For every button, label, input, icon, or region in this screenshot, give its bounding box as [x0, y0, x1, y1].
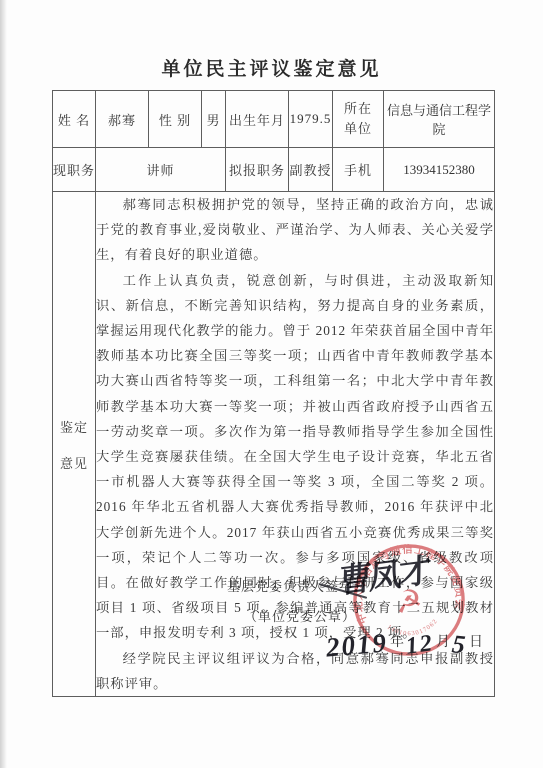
opinion-label-cell: 鉴定 意见: [53, 192, 96, 697]
table-row: 现职务 讲师 拟报职务 副教授 手机 13934152380: [53, 148, 495, 192]
unit-value: 信息与通信工程学院: [384, 91, 495, 148]
date-year-unit: 年: [390, 635, 404, 650]
unit-label-line1: 所在: [333, 99, 383, 119]
opinion-content-cell: 郝骞同志积极拥护党的领导，坚持正确的政治方向，忠诚于党的教育事业,爱岗敬业、严谨…: [96, 192, 495, 697]
date-year: 2019: [325, 627, 389, 663]
appraisal-form-table: 姓 名 郝骞 性 别 男 出生年月 1979.5 所在 单位 信息与通信工程学院…: [52, 90, 495, 697]
page-title: 单位民主评议鉴定意见: [0, 54, 543, 81]
table-row: 姓 名 郝骞 性 别 男 出生年月 1979.5 所在 单位 信息与通信工程学院: [53, 91, 495, 148]
name-value: 郝骞: [96, 91, 149, 148]
proposed-title-label: 拟报职务: [226, 148, 289, 192]
scan-edge-artifact: [0, 0, 7, 768]
unit-label: 所在 单位: [333, 91, 384, 148]
unit-party-seal-label: （单位党委公章）: [244, 606, 356, 625]
proposed-title-value: 副教授: [289, 148, 333, 192]
phone-label: 手机: [333, 148, 384, 192]
table-row: 鉴定 意见 郝骞同志积极拥护党的领导，坚持正确的政治方向，忠诚于党的教育事业,爱…: [53, 192, 495, 697]
phone-value: 13934152380: [384, 148, 495, 192]
gender-value: 男: [202, 91, 226, 148]
opinion-paragraph-1: 郝骞同志积极拥护党的领导，坚持正确的政治方向，忠诚于党的教育事业,爱岗敬业、严谨…: [96, 192, 494, 268]
current-title-value: 讲师: [96, 148, 226, 192]
name-label: 姓 名: [53, 91, 96, 148]
unit-label-line2: 单位: [333, 119, 383, 139]
birth-value: 1979.5: [289, 91, 333, 148]
opinion-label-line2: 意见: [60, 453, 88, 472]
date-day-unit: 日: [469, 635, 483, 650]
current-title-label: 现职务: [53, 148, 96, 192]
handwritten-date: 2019年12月5日: [326, 628, 485, 659]
date-month: 12: [404, 630, 435, 661]
date-day: 5: [450, 629, 468, 660]
opinion-label-line1: 鉴定: [60, 417, 88, 436]
date-month-unit: 月: [436, 635, 450, 650]
birth-label: 出生年月: [226, 91, 289, 148]
gender-label: 性 别: [149, 91, 202, 148]
